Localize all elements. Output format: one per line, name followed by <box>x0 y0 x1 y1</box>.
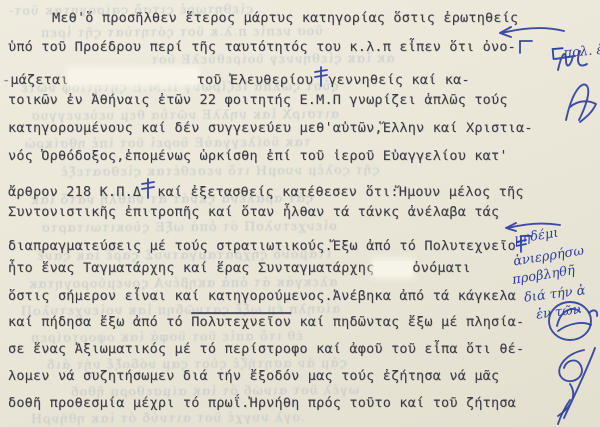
typed-text: τοῦ Ἐλευθερίου <box>197 72 314 88</box>
typed-text: καί πηδῶντας ἔξω μέ πλησία- <box>291 314 524 330</box>
typed-text: καί πήδησα ἔξω ἀπό τό <box>8 314 191 330</box>
whiteout-patch <box>374 261 412 276</box>
pen-stroke <box>554 398 574 426</box>
typed-line: κατηγορουμένους καί δέν συγγενεύευ μεθ'α… <box>8 120 533 136</box>
typed-text: γεννηθείς καί κα- <box>328 72 470 88</box>
typed-text: ἦτο ἕνας Ταγματάρχης καί ἕρας Συνταγματά… <box>8 260 374 276</box>
bleedthrough-line: .ογλ νυγχὲ ϋοτ αιτνύδ ότ ἰακ ηθήνρΗ <box>30 409 305 426</box>
typed-line: καί πήδησα ἔξω ἀπό τό Πολυτεχνεῖον καί π… <box>8 314 524 330</box>
typed-line: τοικῶν ἐν Ἀθήναις ἐτῶν 22 φοιτητής Ε.Μ.Π… <box>8 92 508 108</box>
typed-text: καί ἐξετασθείς κατέθεσεν ὅτι:Ἤμουν μέλος… <box>157 184 523 200</box>
typed-text: ὀνόματι <box>412 260 470 276</box>
scanned-document-page: ςἰεθητωρἐ ςιτσὅ ςαίρογητακ ϋοτ- ϋοσ νεπἰ… <box>0 0 600 427</box>
correction-dash: - <box>2 72 10 88</box>
signature-flourish <box>560 76 600 124</box>
typed-line: διαπραγματεύσεις μέ τούς στρατιωτικούς.Ἔ… <box>8 232 534 254</box>
typed-line: νός Ὀρθόδοξος,ἑπομένως ὡρκίσθη ἐπί τοῦ ἱ… <box>8 148 508 164</box>
insertion-mark-icon <box>313 64 328 88</box>
typed-text: ὑπό τοῦ Προέδρου περί τῆς ταυτότητός του… <box>8 39 516 55</box>
handwritten-scribble <box>552 46 596 76</box>
typed-line: ὑπό τοῦ Προέδρου περί τῆς ταυτότητός του… <box>8 37 534 55</box>
typed-line: λομεν νά συζητήσωμεν διά τήν ἔξοδόν μας … <box>8 368 499 384</box>
typed-line: Μεθ'ὅ προσῆλθεν ἕτερος μάρτυς κατηγορίας… <box>52 10 518 26</box>
typed-text: ἄρθρον 218 Κ.Π.Δ <box>8 184 141 200</box>
typed-line: ἦτο ἕνας Ταγματάρχης καί ἕρας Συνταγματά… <box>8 260 471 276</box>
typed-line: ἄρθρον 218 Κ.Π.Δ καί ἐξετασθείς κατέθεσε… <box>8 176 524 200</box>
whiteout-patch <box>69 69 197 84</box>
typed-text: διαπραγματεύσεις μέ τούς στρατιωτικούς.Ἔ… <box>8 238 516 254</box>
typed-line: σε ἕνας Ἀξιωματικός μέ τό περίστροφο καί… <box>8 341 524 357</box>
circled-monogram <box>545 296 599 348</box>
typed-line: ὅστις σήμερον εἶναι καί κατηγορούμενος.Ἀ… <box>8 288 516 304</box>
typed-line: - μάζεται τοῦ Ἐλευθερίου γεννηθείς καί κ… <box>2 64 470 88</box>
typed-text: μάζεται <box>10 72 68 88</box>
typed-line: Συντονιστικῆς ἐπιτροπῆς καί ὅταν ἦλθαν τ… <box>8 204 499 220</box>
typed-line: δοθῆ προθεσμία μέχρι τό πρωΐ.Ἠρνήθη πρός… <box>8 395 516 411</box>
overstruck-word: Πολυτεχνεῖον <box>191 314 291 330</box>
insertion-mark-icon <box>141 176 157 200</box>
